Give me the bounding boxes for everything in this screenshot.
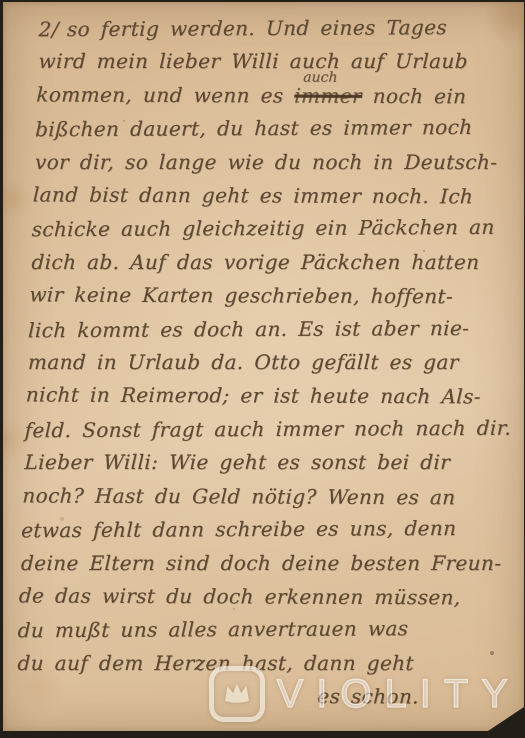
line-text-segment: kommen, und wenn es — [36, 82, 295, 107]
handwritten-line: wir keine Karten geschrieben, hoffent- — [29, 279, 519, 315]
scan-background: { "letter": { "page_marker": "2/", "lang… — [0, 0, 525, 738]
line-text-segment: lich kommt es doch an. Es ist aber nie- — [28, 316, 470, 342]
line-text-segment: vor dir, so lange wie du noch in Deutsch… — [35, 150, 498, 174]
line-text-segment: nicht in Reimerod; er ist heute nach Als… — [25, 383, 481, 409]
handwritten-line: bißchen dauert, du hast es immer noch — [35, 111, 525, 147]
line-text-segment: dich ab. Auf das vorige Päckchen hatten — [31, 250, 480, 274]
handwritten-line: nicht in Reimerod; er ist heute nach Als… — [25, 379, 515, 415]
line-text-segment: feld. Sonst fragt auch immer noch nach d… — [24, 416, 511, 443]
line-text-segment: wir keine Karten geschrieben, hoffent- — [29, 283, 454, 309]
line-text-segment: so fertig werden. Und eines Tages — [67, 15, 448, 41]
line-text-segment: noch? Hast du Geld nötig? Wenn es an — [22, 483, 456, 509]
line-text-segment: du mußt uns alles anvertrauen was — [17, 617, 408, 643]
handwritten-line: kommen, und wenn es immerauch noch ein — [36, 78, 525, 114]
handwritten-line: es schon. — [317, 680, 505, 714]
line-text-segment: etwas fehlt dann schreibe es uns, denn — [21, 516, 457, 542]
line-text-segment: deine Eltern sind doch deine besten Freu… — [21, 551, 502, 575]
line-text-segment: wird mein lieber Willi auch auf Urlaub — [38, 49, 468, 73]
letter-lines: 2/so fertig werden. Und eines Tageswird … — [15, 12, 525, 714]
handwritten-line: wird mein lieber Willi auch auf Urlaub — [38, 45, 525, 78]
handwritten-line: land bist dann geht es immer noch. Ich — [32, 178, 522, 214]
handwritten-line: de das wirst du doch erkennen müssen, — [18, 579, 508, 615]
handwritten-line: 2/so fertig werden. Und eines Tages — [38, 11, 525, 47]
scanned-letter-photo: 2/so fertig werden. Und eines Tageswird … — [0, 0, 525, 738]
letter-page: 2/so fertig werden. Und eines Tageswird … — [3, 2, 524, 731]
handwritten-line: etwas fehlt dann schreibe es uns, denn — [21, 512, 511, 548]
handwritten-line: lich kommt es doch an. Es ist aber nie- — [28, 311, 518, 347]
line-text-segment: Lieber Willi: Wie geht es sonst bei dir — [24, 450, 451, 474]
inserted-word: auch — [303, 70, 338, 84]
handwritten-line: Lieber Willi: Wie geht es sonst bei dir — [24, 446, 514, 479]
handwritten-line: du auf dem Herzen hast, dann geht — [17, 647, 507, 680]
line-text-segment: schicke auch gleichzeitig ein Päckchen a… — [31, 215, 495, 241]
handwritten-line: feld. Sonst fragt auch immer noch nach d… — [24, 412, 514, 448]
handwritten-line: mand in Urlaub da. Otto gefällt es gar — [27, 346, 517, 379]
line-text-segment: mand in Urlaub da. Otto gefällt es gar — [28, 350, 460, 374]
handwritten-line: noch? Hast du Geld nötig? Wenn es an — [22, 479, 512, 515]
line-text-segment: du auf dem Herzen hast, dann geht — [17, 651, 414, 675]
line-text-segment: land bist dann geht es immer noch. Ich — [32, 182, 473, 208]
crossed-out-word: immerauch — [294, 83, 363, 107]
line-text-segment: es schon. — [317, 684, 420, 708]
handwritten-line: deine Eltern sind doch deine besten Freu… — [20, 547, 510, 580]
line-text-segment: de das wirst du doch erkennen müssen, — [18, 583, 461, 609]
line-text-segment: noch ein — [362, 84, 467, 108]
handwritten-line: du mußt uns alles anvertrauen was — [17, 612, 507, 648]
line-text-segment: bißchen dauert, du hast es immer noch — [35, 115, 473, 141]
handwritten-line: dich ab. Auf das vorige Päckchen hatten — [31, 246, 521, 279]
handwritten-line: vor dir, so lange wie du noch in Deutsch… — [34, 146, 524, 179]
handwritten-line: schicke auch gleichzeitig ein Päckchen a… — [31, 211, 521, 247]
page-number: 2/ — [38, 17, 59, 41]
